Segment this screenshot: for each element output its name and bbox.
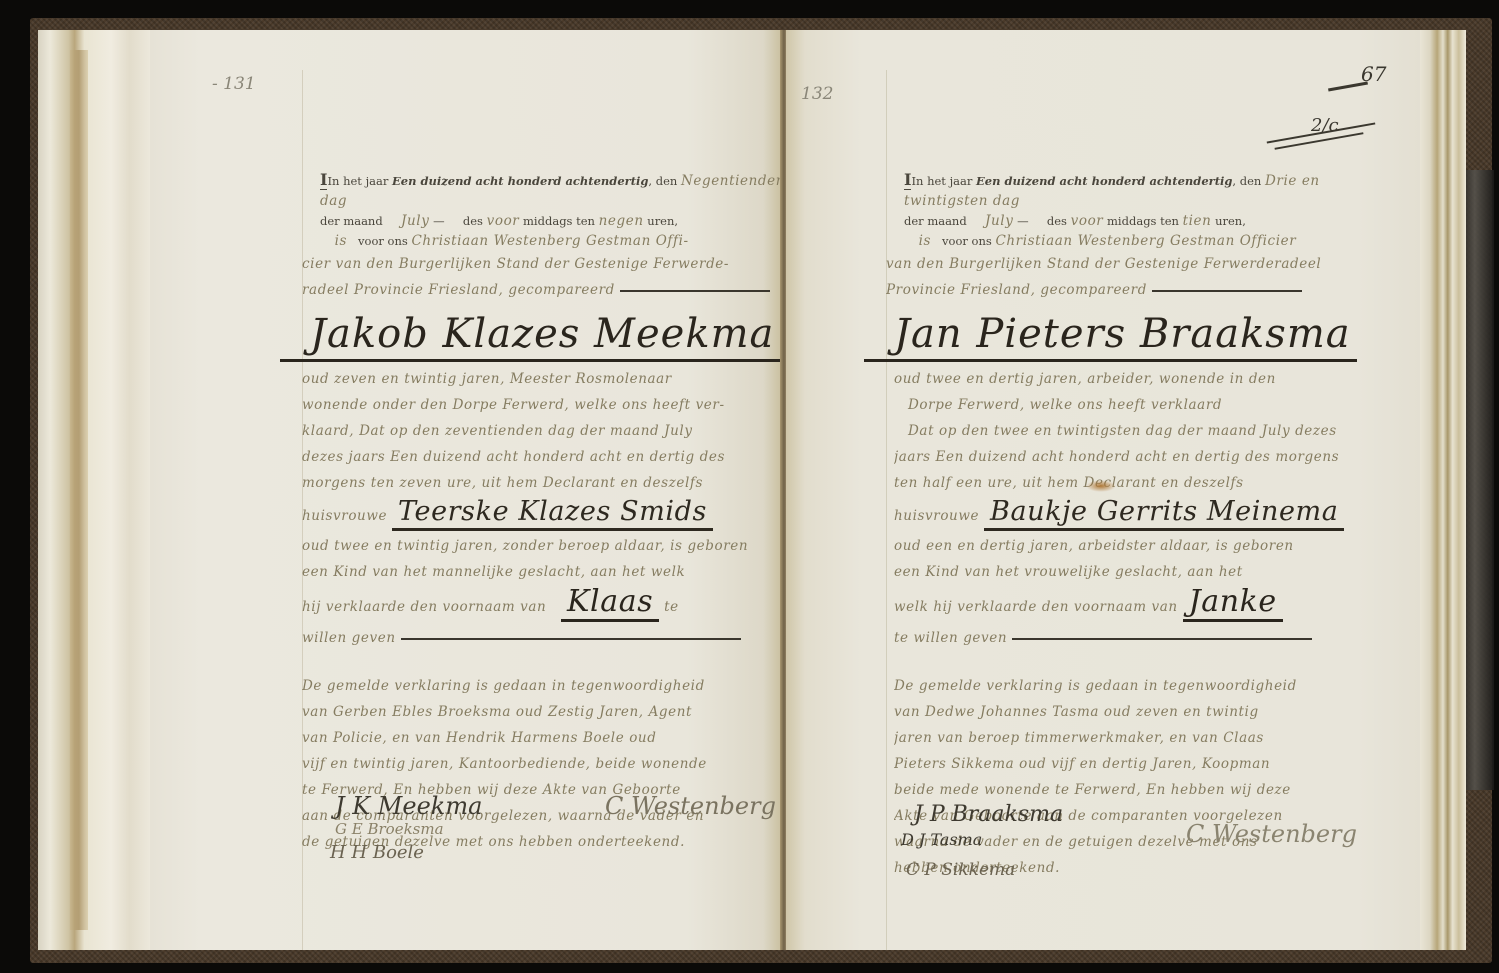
declarant-name-line: Jakob Klazes Meekma <box>280 309 790 362</box>
print-text: uren, <box>647 214 678 228</box>
print-text: des <box>463 214 483 228</box>
handwritten-officer: van den Burgerlijken Stand der Gestenige… <box>886 251 1374 277</box>
print-text: In het jaar <box>911 174 972 188</box>
witness-paragraph: De gemelde verklaring is gedaan in tegen… <box>894 673 1374 881</box>
print-text: uren, <box>1215 214 1246 228</box>
body-line: te willen geven <box>894 625 1374 651</box>
margin-rule <box>886 70 887 950</box>
handwritten-hour: negen <box>599 213 644 229</box>
print-text: der maand <box>320 214 383 228</box>
witness-line: Pieters Sikkema oud vijf en dertig Jaren… <box>894 751 1374 777</box>
witness-line: van Dedwe Johannes Tasma oud zeven en tw… <box>894 699 1374 725</box>
handwritten-is: is <box>335 233 347 249</box>
witness-line: De gemelde verklaring is gedaan in tegen… <box>302 673 790 699</box>
signature-declarant: J K Meekma <box>335 792 482 820</box>
signature-witness-1: D J Tasma <box>901 830 982 849</box>
handwritten-month: July <box>985 213 1013 229</box>
page-number: 132 <box>801 84 833 104</box>
mother-name: Teerske Klazes Smids <box>392 496 713 531</box>
left-page: - 131 IIn het jaar Een duizend acht hond… <box>150 30 782 950</box>
handwritten-line: Provincie Friesland, gecompareerd <box>886 277 1374 303</box>
handwritten-is: is <box>919 233 931 249</box>
declarant-name-line: Jan Pieters Braaksma <box>864 309 1374 362</box>
witness-line: jaren van beroep timmerwerkmaker, en van… <box>894 725 1374 751</box>
mother-name: Baukje Gerrits Meinema <box>984 496 1344 531</box>
witness-line: beide mede wonende te Ferwerd, En hebben… <box>894 777 1374 803</box>
body-line: ten half een ure, uit hem Declarant en d… <box>894 470 1374 496</box>
birth-record-left: IIn het jaar Een duizend acht honderd ac… <box>320 170 790 855</box>
page-edges-left <box>38 30 160 950</box>
print-text: der maand <box>904 214 967 228</box>
page-number: - 131 <box>212 74 256 94</box>
declarant-name: Jan Pieters Braaksma <box>864 309 1357 362</box>
handwritten-month: July <box>401 213 429 229</box>
witness-line: De gemelde verklaring is gedaan in tegen… <box>894 673 1374 699</box>
witness-line: van Policie, en van Hendrik Harmens Boel… <box>302 725 790 751</box>
body-line: een Kind van het mannelijke geslacht, aa… <box>302 559 790 585</box>
handwritten-time: voor <box>1071 213 1104 229</box>
signature-officer: C Westenberg <box>1186 820 1357 848</box>
print-text: middags ten <box>523 214 595 228</box>
record-preamble: IIn het jaar Een duizend acht honderd ac… <box>904 170 1374 251</box>
print-text: In het jaar <box>327 174 388 188</box>
body-line: Dorpe Ferwerd, welke ons heeft verklaard <box>894 392 1374 418</box>
body-line: oud een en dertig jaren, arbeidster alda… <box>894 533 1374 559</box>
cover-edge-shadow <box>1462 170 1494 790</box>
signature-witness-1: G E Broeksma <box>335 820 444 838</box>
handwritten-hour: tien <box>1183 213 1212 229</box>
child-name: Klaas <box>561 585 659 622</box>
body-line: oud zeven en twintig jaren, Meester Rosm… <box>302 366 790 392</box>
body-line: oud twee en twintig jaren, zonder beroep… <box>302 533 790 559</box>
handwritten-officer: Christiaan Westenberg Gestman Offi- <box>411 233 688 249</box>
print-year: Een duizend acht honderd achtendertig <box>392 174 648 188</box>
body-line: morgens ten zeven ure, uit hem Declarant… <box>302 470 790 496</box>
child-line: welk hij verklaarde den voornaam van Jan… <box>894 585 1374 625</box>
handwritten-officer: cier van den Burgerlijken Stand der Gest… <box>302 251 790 277</box>
handwritten-line: radeel Provincie Friesland, gecompareerd <box>302 277 790 303</box>
mother-line: huisvrouwe Baukje Gerrits Meinema <box>894 496 1374 533</box>
print-text: , den <box>1232 174 1261 188</box>
handwritten-officer: Christiaan Westenberg Gestman Officier <box>995 233 1296 249</box>
body-line: oud twee en dertig jaren, arbeider, wone… <box>894 366 1374 392</box>
record-body: oud zeven en twintig jaren, Meester Rosm… <box>302 366 790 651</box>
print-text: middags ten <box>1107 214 1179 228</box>
body-line: Dat op den twee en twintigsten dag der m… <box>894 418 1374 444</box>
birth-record-right: IIn het jaar Een duizend acht honderd ac… <box>904 170 1374 881</box>
print-year: Een duizend acht honderd achtendertig <box>976 174 1232 188</box>
body-line: klaard, Dat op den zeventienden dag der … <box>302 418 790 444</box>
print-text: , den <box>648 174 677 188</box>
declarant-name: Jakob Klazes Meekma <box>280 309 780 362</box>
page-edges-right <box>1418 30 1466 950</box>
body-line: wonende onder den Dorpe Ferwerd, welke o… <box>302 392 790 418</box>
print-text: des <box>1047 214 1067 228</box>
handwritten-time: voor <box>487 213 520 229</box>
signature-officer: C Westenberg <box>605 792 776 820</box>
body-line: willen geven <box>302 625 790 651</box>
print-text: voor ons <box>358 234 408 248</box>
child-line: hij verklaarde den voornaam van Klaas te <box>302 585 790 625</box>
record-preamble: IIn het jaar Een duizend acht honderd ac… <box>320 170 790 251</box>
signature-declarant: J P Braaksma <box>914 802 1063 827</box>
body-line: een Kind van het vrouwelijke geslacht, a… <box>894 559 1374 585</box>
signature-witness-2: H H Boele <box>330 842 424 863</box>
body-line: dezes jaars Een duizend acht honderd ach… <box>302 444 790 470</box>
body-line: jaars Een duizend acht honderd acht en d… <box>894 444 1374 470</box>
print-text: voor ons <box>942 234 992 248</box>
witness-line: vijf en twintig jaren, Kantoorbediende, … <box>302 751 790 777</box>
signature-witness-2: C P Sikkema <box>906 860 1015 880</box>
right-page: 132 67 2/c IIn het jaar Een duizend acht… <box>786 30 1420 950</box>
folio-underline <box>1328 82 1368 92</box>
record-body: oud twee en dertig jaren, arbeider, wone… <box>894 366 1374 651</box>
paper-stain <box>1086 480 1116 492</box>
witness-line: van Gerben Ebles Broeksma oud Zestig Jar… <box>302 699 790 725</box>
child-name: Janke <box>1183 585 1283 622</box>
mother-line: huisvrouwe Teerske Klazes Smids <box>302 496 790 533</box>
